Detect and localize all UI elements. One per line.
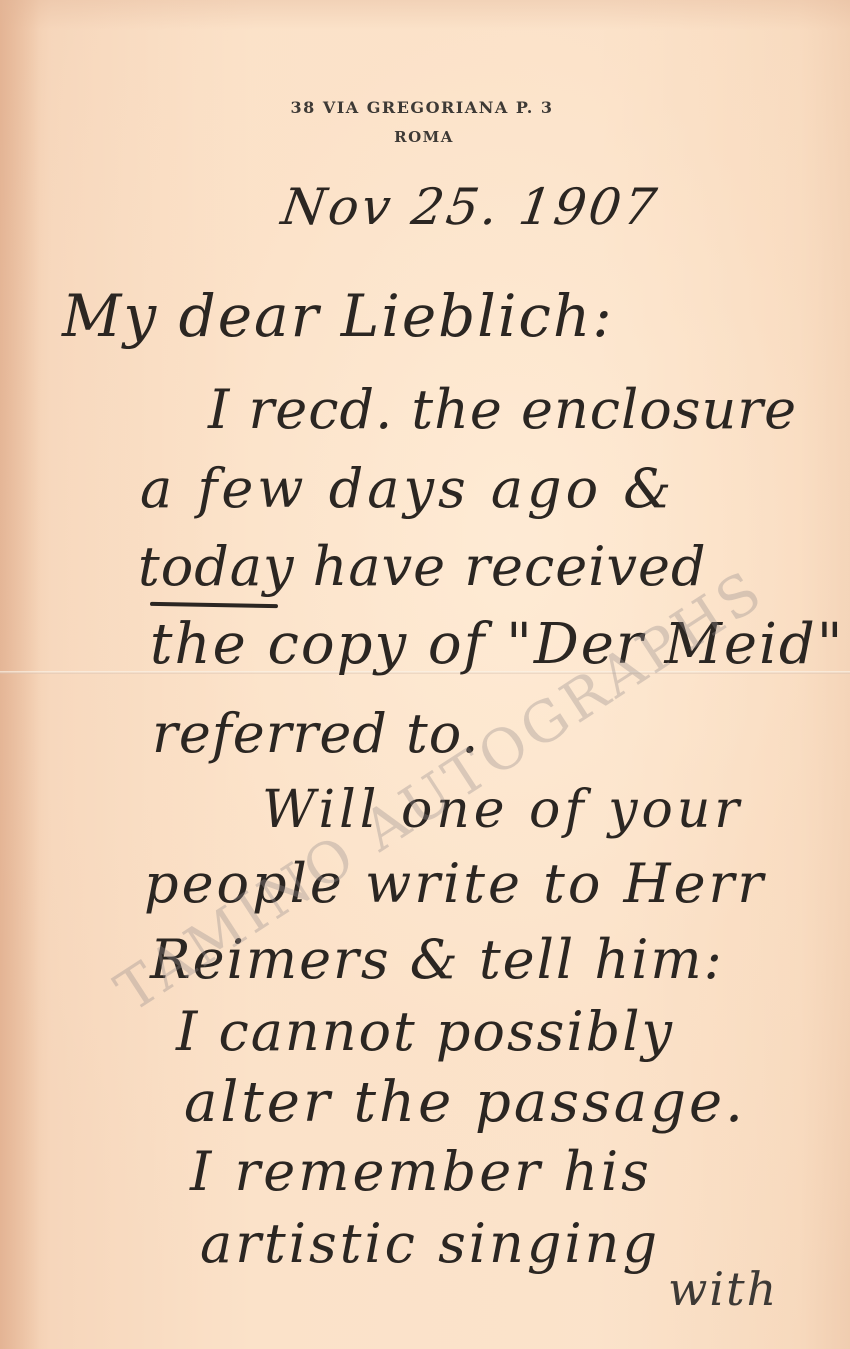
body-line: I remember his — [190, 1140, 652, 1203]
letter-salutation: My dear Lieblich: — [62, 282, 614, 350]
body-line: a few days ago & — [140, 457, 675, 520]
body-line: alter the passage. — [184, 1070, 746, 1135]
letter-page: 38 VIA GREGORIANA P. 3 ROMA Nov 25. 1907… — [0, 0, 850, 1349]
underline-mark — [150, 602, 278, 608]
letter-date: Nov 25. 1907 — [278, 178, 663, 236]
paper-edge-shadow-left — [0, 0, 40, 1349]
body-line: I recd. the enclosure — [208, 378, 797, 441]
letterhead-city: ROMA — [0, 128, 849, 146]
catchword: with — [668, 1262, 778, 1316]
paper-edge-shadow-top — [0, 0, 850, 30]
body-line: today have received — [138, 535, 707, 598]
body-line: artistic singing — [200, 1212, 660, 1275]
body-line: I cannot possibly — [176, 1000, 674, 1063]
letterhead-address: 38 VIA GREGORIANA P. 3 — [0, 98, 847, 117]
body-line: referred to. — [152, 702, 479, 765]
